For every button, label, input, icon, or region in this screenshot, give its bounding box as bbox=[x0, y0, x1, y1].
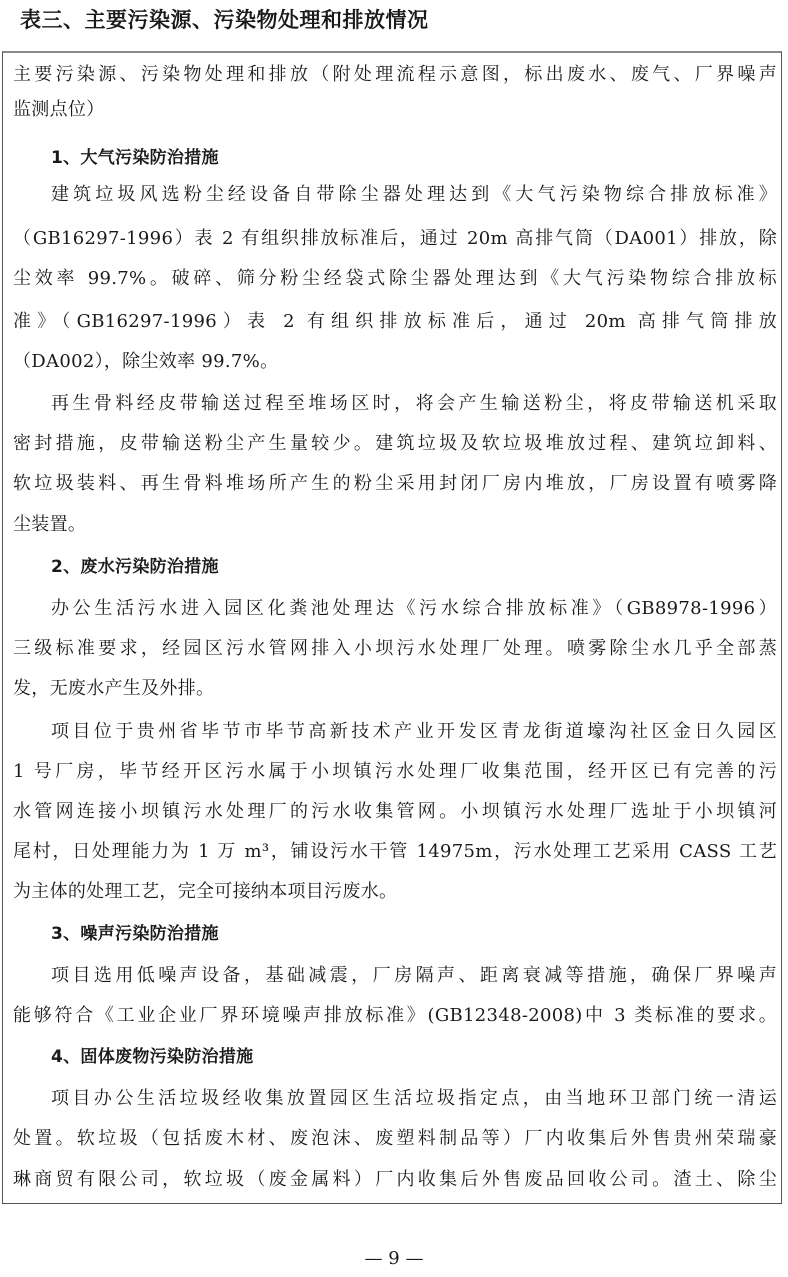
section-heading-wastewater: 2、废水污染防治措施 bbox=[51, 556, 777, 578]
page-number: — 9 — bbox=[0, 1248, 788, 1269]
paragraph-line: 处置。软垃圾（包括废木材、废泡沫、废塑料制品等）厂内收集后外售贵州荣瑞豪 bbox=[13, 1128, 777, 1150]
paragraph-line: （GB16297-1996）表 2 有组织排放标准后，通过 20m 高排气筒（D… bbox=[13, 228, 777, 250]
paragraph-line: 三级标准要求，经园区污水管网排入小坝污水处理厂处理。喷雾除尘水几乎全部蒸 bbox=[13, 638, 777, 660]
paragraph-line: 项目选用低噪声设备，基础减震，厂房隔声、距离衰减等措施，确保厂界噪声 bbox=[51, 965, 777, 987]
content-table-cell: 主要污染源、污染物处理和排放（附处理流程示意图，标出废水、废气、厂界噪声 监测点… bbox=[2, 51, 782, 1204]
paragraph-line: 再生骨料经皮带输送过程至堆场区时，将会产生输送粉尘，将皮带输送机采取 bbox=[51, 393, 777, 415]
paragraph-line: 发，无废水产生及外排。 bbox=[13, 678, 777, 700]
paragraph-line: 尾村，日处理能力为 1 万 m³，铺设污水干管 14975m，污水处理工艺采用 … bbox=[13, 841, 777, 863]
paragraph-line: 建筑垃圾风选粉尘经设备自带除尘器处理达到《大气污染物综合排放标准》 bbox=[51, 184, 777, 206]
paragraph-line: 能够符合《工业企业厂界环境噪声排放标准》(GB12348-2008)中 3 类标… bbox=[13, 1005, 777, 1027]
paragraph-line: （DA002），除尘效率 99.7%。 bbox=[13, 351, 777, 373]
paragraph-line: 尘效率 99.7%。破碎、筛分粉尘经袋式除尘器处理达到《大气污染物综合排放标 bbox=[13, 268, 777, 290]
paragraph-line: 软垃圾装料、再生骨料堆场所产生的粉尘采用封闭厂房内堆放，厂房设置有喷雾降 bbox=[13, 473, 777, 495]
paragraph-line: 项目办公生活垃圾经收集放置园区生活垃圾指定点，由当地环卫部门统一清运 bbox=[51, 1088, 777, 1110]
paragraph-line: 办公生活污水进入园区化粪池处理达《污水综合排放标准》（GB8978-1996） bbox=[51, 598, 777, 620]
document-title: 表三、主要污染源、污染物处理和排放情况 bbox=[20, 4, 429, 34]
section-heading-air: 1、大气污染防治措施 bbox=[51, 147, 777, 169]
box-header-line: 监测点位） bbox=[13, 99, 777, 121]
paragraph-line: 项目位于贵州省毕节市毕节高新技术产业开发区青龙街道壕沟社区金日久园区 bbox=[51, 721, 777, 743]
box-header-line: 主要污染源、污染物处理和排放（附处理流程示意图，标出废水、废气、厂界噪声 bbox=[13, 64, 777, 86]
paragraph-line: 1 号厂房，毕节经开区污水属于小坝镇污水处理厂收集范围，经开区已有完善的污 bbox=[13, 761, 777, 783]
paragraph-line: 准》（GB16297-1996）表 2 有组织排放标准后，通过 20m 高排气筒… bbox=[13, 311, 777, 333]
paragraph-line: 尘装置。 bbox=[13, 514, 777, 536]
section-heading-solid-waste: 4、固体废物污染防治措施 bbox=[51, 1046, 777, 1068]
paragraph-line: 为主体的处理工艺，完全可接纳本项目污废水。 bbox=[13, 881, 777, 903]
section-heading-noise: 3、噪声污染防治措施 bbox=[51, 923, 777, 945]
paragraph-line: 琳商贸有限公司，软垃圾（废金属料）厂内收集后外售废品回收公司。渣土、除尘 bbox=[13, 1169, 777, 1191]
paragraph-line: 水管网连接小坝镇污水处理厂的污水收集管网。小坝镇污水处理厂选址于小坝镇河 bbox=[13, 801, 777, 823]
paragraph-line: 密封措施，皮带输送粉尘产生量较少。建筑垃圾及软垃圾堆放过程、建筑垃卸料、 bbox=[13, 433, 777, 455]
